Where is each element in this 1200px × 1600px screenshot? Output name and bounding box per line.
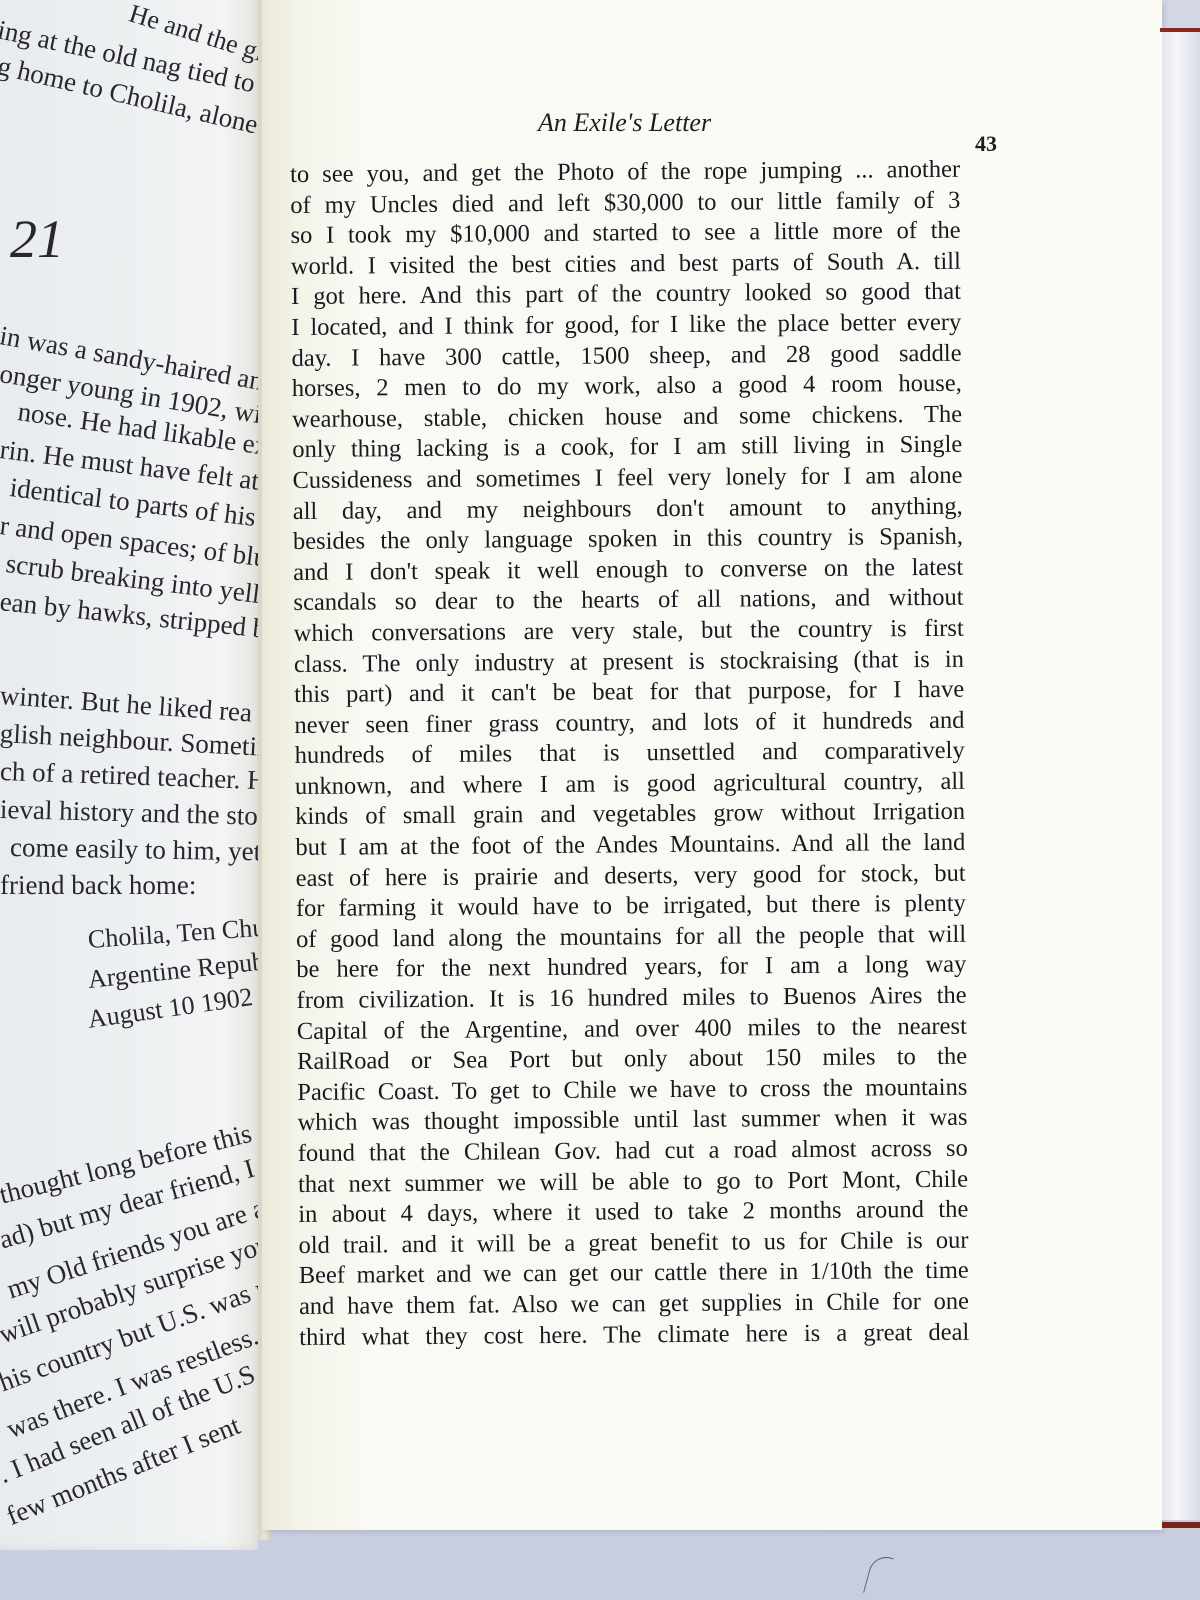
body-text: to see you, and get the Photo of the rop… [290, 155, 969, 1353]
cover-edge-top [1160, 28, 1200, 32]
text-line: I located, and I think for good, for I l… [291, 308, 961, 344]
left-text-line: ch of a retired teacher. He [0, 756, 265, 797]
chapter-number: 21 [10, 208, 64, 270]
left-text-line: ieval history and the stori [0, 794, 265, 832]
text-line: but I am at the foot of the Andes Mounta… [295, 828, 965, 864]
running-head: An Exile's Letter [538, 108, 711, 138]
text-line: Cussideness and sometimes I feel very lo… [292, 461, 962, 497]
text-line: this part) and it can't be beat for that… [294, 675, 964, 711]
text-line: which conversations are very stale, but … [294, 614, 964, 650]
text-line: horses, 2 men to do my work, also a good… [292, 369, 962, 405]
text-line: so I took my $10,000 and started to see … [290, 216, 960, 252]
text-line: for farming it would have to be irrigate… [296, 889, 966, 925]
text-line: RailRoad or Sea Port but only about 150 … [297, 1042, 967, 1078]
gutter-gap [258, 1540, 272, 1600]
text-line: found that the Chilean Gov. had cut a ro… [298, 1134, 968, 1170]
page-number: 43 [975, 131, 997, 157]
page-edges [1162, 30, 1200, 1520]
text-line: besides the only language spoken in this… [293, 522, 963, 558]
text-line: hundreds of miles that is unsettled and … [295, 736, 965, 772]
left-page: He and the girl we ing at the old nag ti… [0, 0, 265, 1550]
cover-edge-bottom [1162, 1522, 1200, 1528]
text-line: to see you, and get the Photo of the rop… [290, 155, 960, 191]
text-line: third what they cost here. The climate h… [299, 1317, 969, 1353]
text-line: in about 4 days, where it used to take 2… [298, 1195, 968, 1231]
text-line: from civilization. It is 16 hundred mile… [296, 981, 966, 1017]
left-text-line: come easily to him, yet he [10, 832, 265, 868]
left-text-line: friend back home: [0, 870, 196, 901]
text-line: and have them fat. Also we can get suppl… [299, 1287, 969, 1323]
